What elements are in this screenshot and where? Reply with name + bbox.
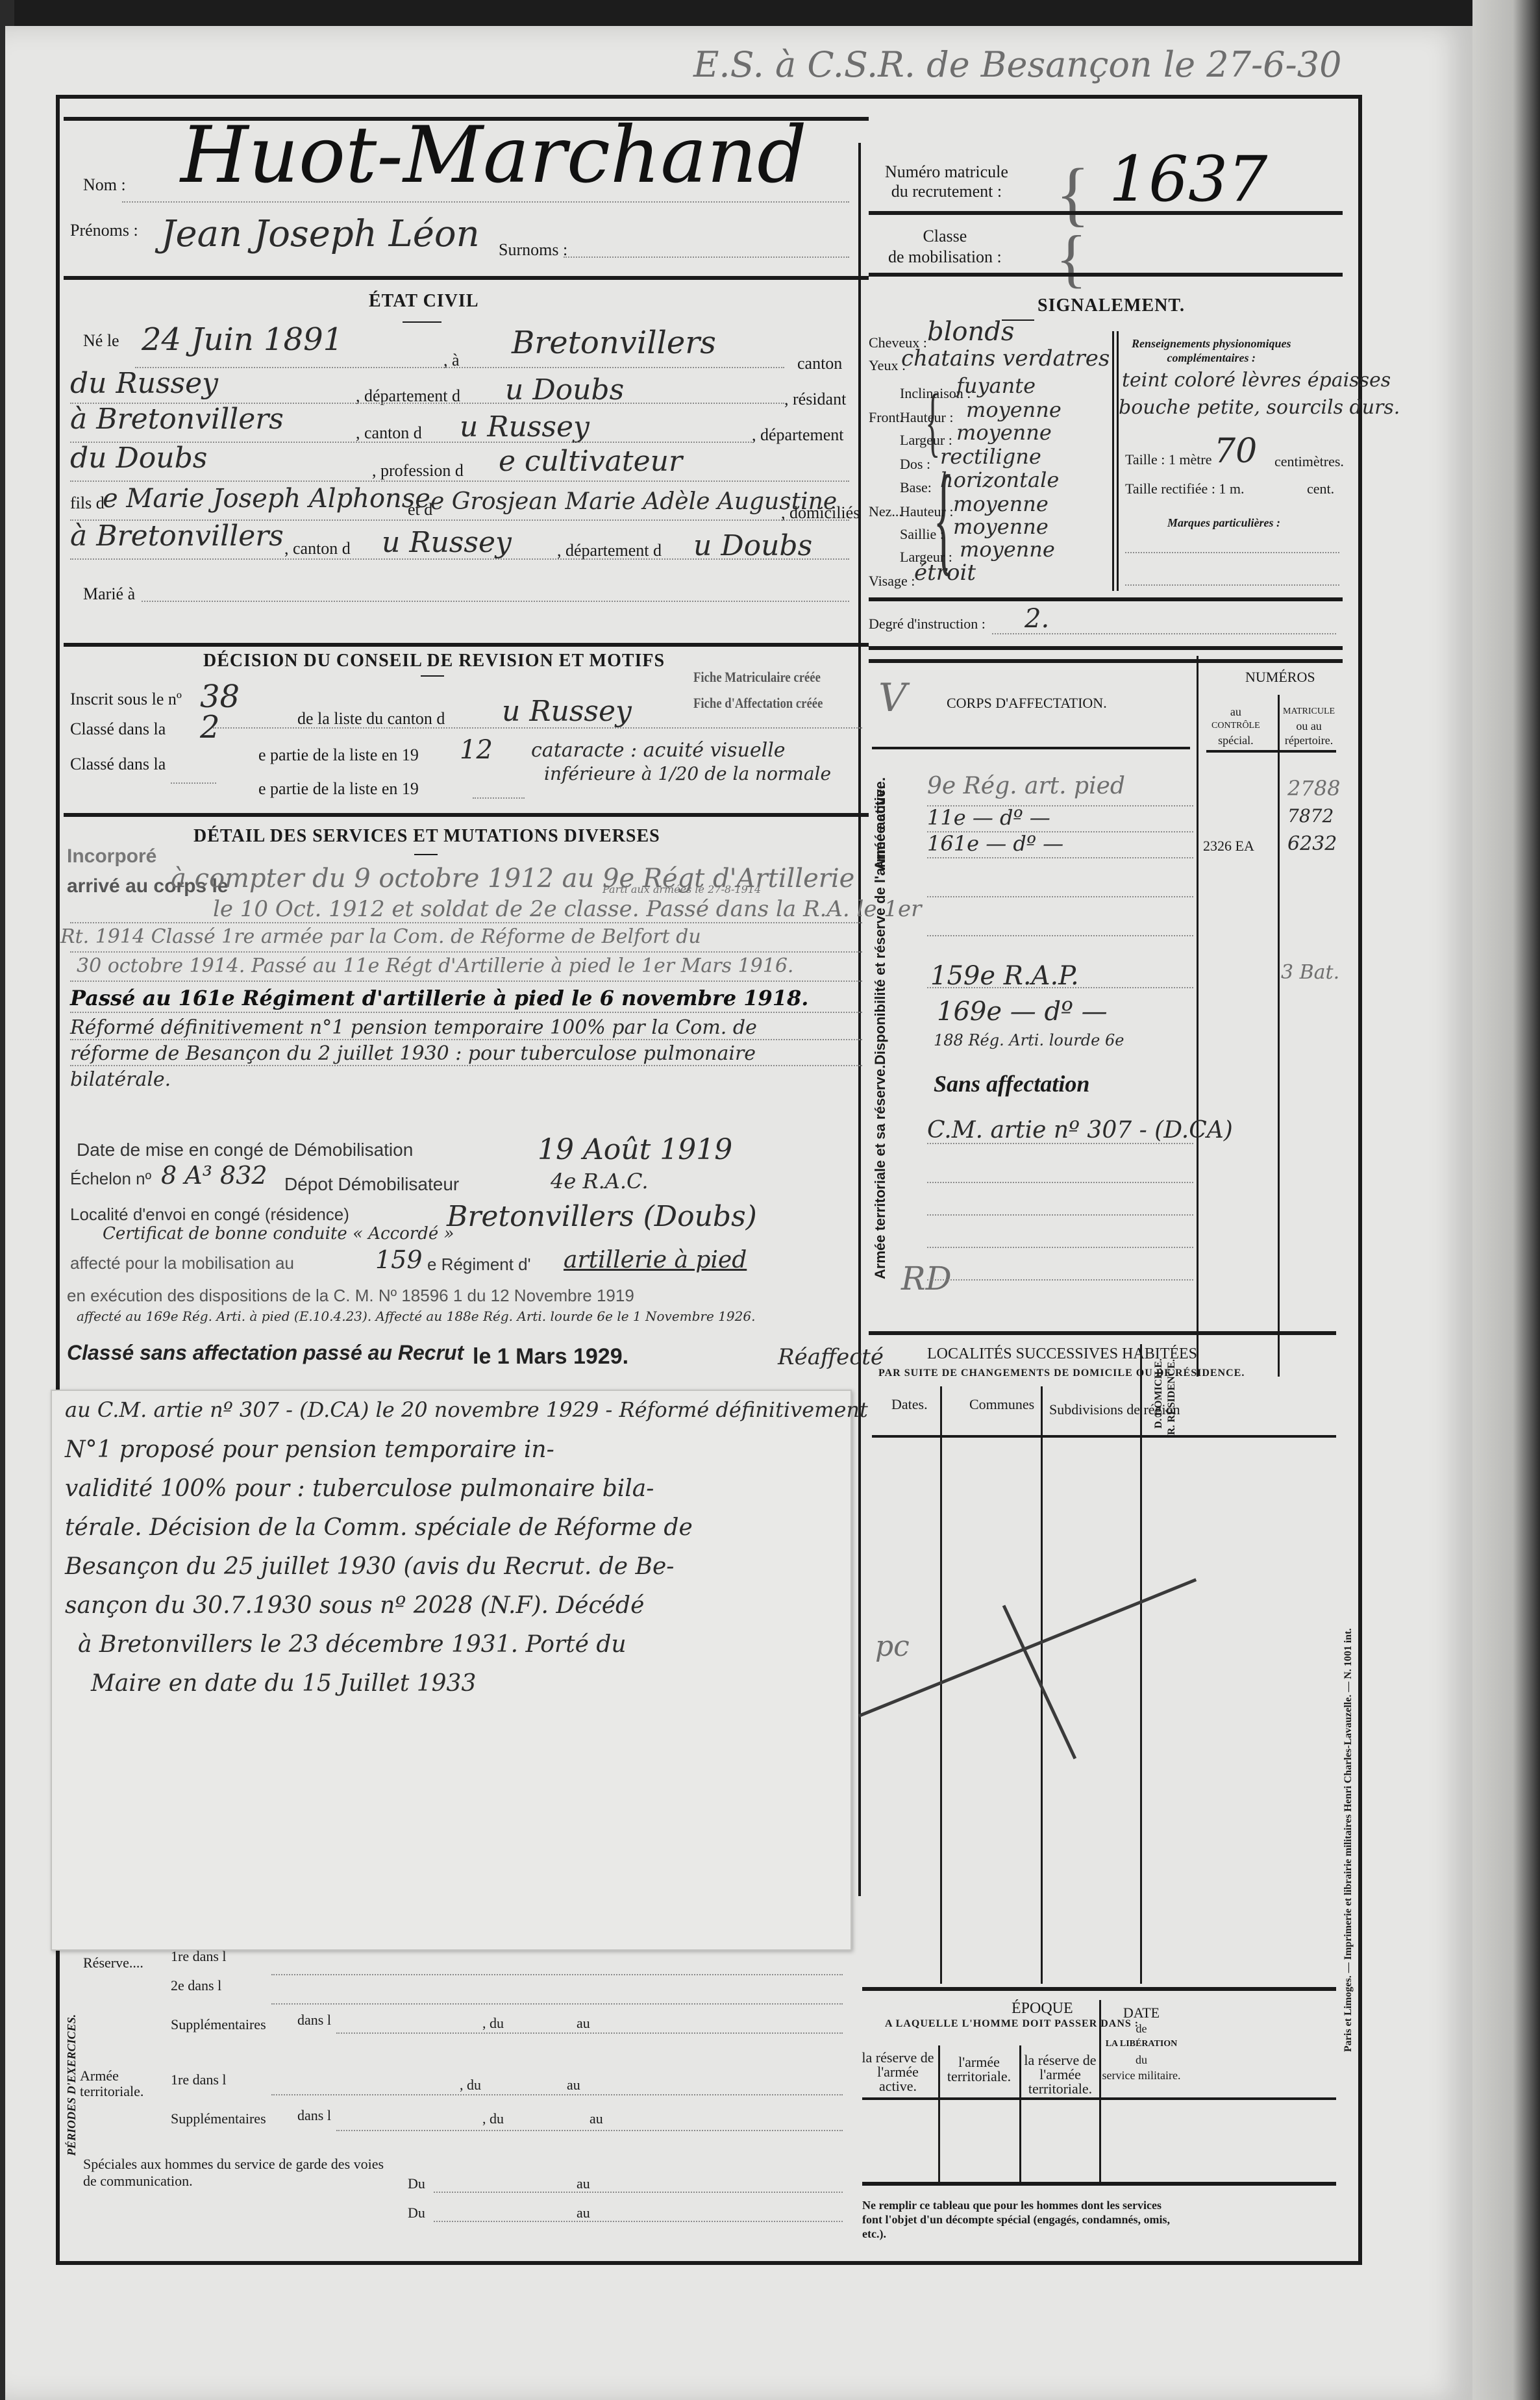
reserve-row-label: 1re dans l [171, 1948, 227, 1965]
classe-sans-affectation-date: le 1 Mars 1929. [473, 1344, 628, 1369]
localite-value: Bretonvillers (Doubs) [447, 1200, 757, 1233]
partie1-label: e partie de la liste en 19 [258, 745, 419, 765]
margin-note: RD [901, 1260, 952, 1297]
matricule-value: 6232 [1287, 832, 1337, 855]
profession-value: e cultivateur [499, 445, 682, 478]
pasted-slip: au C.M. artie nº 307 - (D.CA) le 20 nove… [51, 1390, 852, 1951]
departement3-label: , département d [557, 541, 662, 560]
front-inclinaison-value: fuyante [956, 373, 1036, 398]
title-underline [421, 675, 444, 677]
margin-note: pc [875, 1630, 910, 1663]
front-hauteur-label: Hauteur : [900, 409, 953, 426]
canton-value: du Russey [70, 367, 218, 400]
yeux-label: Yeux : [869, 357, 906, 374]
ne-le-label: Né le [83, 331, 119, 351]
classe2-label: Classé dans la [70, 755, 166, 774]
military-register-page: E.S. à C.S.R. de Besançon le 27-6-30 Nom… [5, 26, 1472, 2400]
dotted-line [434, 2192, 843, 2193]
dotted-line [564, 256, 849, 258]
prenoms-value: Jean Joseph Léon [161, 213, 480, 255]
dotted-line [927, 896, 1193, 897]
dotted-line [70, 1012, 862, 1013]
affecte-value: 159 [375, 1245, 423, 1274]
column-divider [1197, 656, 1198, 1377]
taille-label: Taille : 1 mètre [1125, 451, 1211, 468]
page-edge [1472, 0, 1540, 2400]
reserve-label: Réserve.... [83, 1955, 143, 1971]
slip-line: Maire en date du 15 Juillet 1933 [91, 1670, 476, 1697]
column-divider [858, 143, 861, 1896]
dotted-line [171, 782, 216, 784]
check-mark: V [878, 675, 906, 721]
nom-value: Huot-Marchand [180, 110, 807, 201]
dotted-line [70, 981, 862, 982]
departement2-label: , département [752, 425, 844, 445]
du-label: Du [408, 2205, 425, 2221]
demobilisation-date-value: 19 Août 1919 [538, 1133, 732, 1166]
nez-base-label: Base: [900, 479, 932, 496]
epoque-footnote: Ne remplir ce tableau que pour les homme… [862, 2198, 1174, 2241]
fils-de-label: fils d [70, 494, 105, 513]
dotted-line [70, 1065, 862, 1066]
affecte-note: affecté au 169e Rég. Arti. à pied (E.10.… [77, 1308, 755, 1324]
yeux-value: chatains verdatres [901, 345, 1110, 371]
domicile-value: à Bretonvillers [70, 519, 284, 553]
au-label: au [577, 2205, 590, 2221]
departement-value: u Doubs [505, 373, 624, 406]
classe1-value: 2 [200, 709, 220, 745]
nom-label: Nom : [83, 175, 126, 195]
divider [862, 1987, 1336, 1991]
dotted-line [927, 805, 1193, 806]
territoriale-periode-label: Armée territoriale. [80, 2068, 158, 2099]
divider [872, 747, 1190, 749]
au-label: au [577, 2175, 590, 2192]
degre-instruction-value: 2. [1025, 604, 1049, 634]
supplementaires-label: Supplémentaires [171, 2110, 266, 2127]
nez-hauteur-value: moyenne [953, 492, 1049, 516]
motif-line-2: inférieure à 1/20 de la normale [544, 763, 831, 784]
visage-value: étroit [914, 560, 976, 586]
canton3-label: , canton d [284, 539, 351, 558]
service-line: 30 octobre 1914. Passé au 11e Régt d'Art… [77, 955, 793, 977]
dotted-line [271, 2003, 843, 2005]
certificat-bonne-conduite: Certificat de bonne conduite « Accordé » [103, 1224, 454, 1244]
column-divider [1099, 2000, 1101, 2182]
classe-label-line1: Classe [888, 226, 1002, 247]
service-line: Parti aux armées le 27-8-1914 [602, 883, 761, 895]
slip-line: sançon du 30.7.1930 sous nº 2028 (N.F). … [65, 1592, 644, 1619]
disponibilite-label: Disponibilité et réserve de l'armée acti… [872, 785, 889, 1065]
incorpore-label: Incorporé [67, 845, 156, 868]
slip-line: au C.M. artie nº 307 - (D.CA) le 20 nove… [65, 1397, 868, 1422]
canton2-value: u Russey [460, 410, 590, 444]
domicile-label: D. DOMICILE. [1153, 1358, 1165, 1429]
echelon-value: 8 A³ 832 [161, 1161, 267, 1190]
renseignements-label-line1: Renseignements physionomiques [1132, 336, 1291, 351]
demobilisation-date-label: Date de mise en congé de Démobilisation [77, 1140, 413, 1160]
dotted-line [70, 951, 862, 953]
localites-subtitle: PAR SUITE DE CHANGEMENTS DE DOMICILE OU … [878, 1368, 1245, 1379]
liberation-header: DATE de LA LIBÉRATION du service militai… [1099, 2005, 1184, 2083]
divider [869, 646, 1343, 650]
mere-value: e Grosjean Marie Adèle Augustine [430, 488, 837, 515]
surnoms-label: Surnoms : [499, 240, 567, 260]
motif-line-1: cataracte : acuité visuelle [531, 739, 786, 762]
column-divider [1112, 331, 1114, 591]
du-label: , du [482, 2110, 504, 2127]
canton2-label: , canton d [356, 423, 422, 443]
divider [869, 597, 1343, 601]
column-divider [940, 1386, 942, 1984]
header-line: DATE [1099, 2005, 1184, 2021]
affecte-label: affecté pour la mobilisation au [70, 1253, 294, 1273]
localite-label: Localité d'envoi en congé (résidence) [70, 1205, 349, 1225]
divider [64, 813, 869, 817]
epoque-title: ÉPOQUE [1012, 2000, 1073, 2018]
header-line: ou au [1283, 719, 1335, 733]
communes-header: Communes [969, 1396, 1034, 1413]
residence-label: R. RÉSIDENCE. [1166, 1359, 1178, 1435]
header-line: MATRICULE [1283, 705, 1335, 719]
dates-header: Dates. [891, 1396, 928, 1413]
nez-saillie-label: Saillie : [900, 526, 944, 543]
column-divider [938, 2045, 940, 2182]
dotted-line [927, 1279, 1193, 1281]
controle-value: 2326 EA [1203, 838, 1254, 855]
epoque-col-reserve-territoriale: la réserve de l'armée territoriale. [1021, 2053, 1099, 2096]
classe-label: Classe de mobilisation : [888, 226, 1002, 268]
nez-dos-value: rectiligne [940, 444, 1041, 469]
dotted-line [927, 831, 1193, 832]
nez-label: Nez... [869, 503, 902, 520]
matricule-value: 1637 [1109, 143, 1267, 216]
column-divider [1278, 695, 1280, 1377]
taille-rectifiee-unit: cent. [1307, 481, 1334, 497]
dotted-line [213, 727, 862, 729]
dotted-line [473, 797, 525, 799]
dotted-line [927, 987, 1193, 988]
reserve-row-label: 2e dans l [171, 1977, 221, 1994]
prenoms-label: Prénoms : [70, 221, 138, 240]
territoriale-label: Armée territoriale et sa réserve. [872, 1065, 889, 1279]
supplementaires-label: Supplémentaires [171, 2016, 266, 2033]
header-line: service militaire. [1099, 2068, 1184, 2083]
taille-rectifiee-label: Taille rectifiée : 1 m. [1125, 481, 1245, 497]
dotted-line [122, 201, 849, 203]
front-largeur-value: moyenne [956, 420, 1052, 445]
matricule-label-line2: du recrutement : [885, 182, 1008, 201]
territoriale-row-label: 1re dans l [171, 2071, 227, 2088]
dotted-line [70, 922, 862, 923]
partie2-label: e partie de la liste en 19 [258, 779, 419, 799]
dotted-line [1125, 552, 1339, 553]
matricule-value: 3 Bat. [1281, 961, 1339, 984]
matricule-repertoire-header: MATRICULE ou au répertoire. [1283, 705, 1335, 747]
sans-affectation-label: Sans affectation [934, 1070, 1089, 1097]
lieu-naissance-value: Bretonvillers [512, 325, 716, 361]
execution-label: en exécution des dispositions de la C. M… [67, 1286, 634, 1306]
dotted-line [927, 1247, 1193, 1248]
residant-value: à Bretonvillers [70, 403, 284, 436]
divider [1206, 750, 1336, 753]
nez-base-value: horizontale [940, 468, 1059, 492]
classe-sans-affectation-label: Classé sans affectation passé au Recrut [67, 1341, 464, 1365]
departement3-value: u Doubs [693, 529, 812, 562]
au-label: au [577, 2015, 590, 2032]
divider [869, 211, 1343, 215]
marques-label: Marques particulières : [1167, 516, 1280, 530]
corps-value: 169e — dº — [937, 997, 1108, 1027]
dotted-line [70, 1039, 862, 1040]
conseil-revision-title: DÉCISION DU CONSEIL DE REVISION ET MOTIF… [203, 651, 665, 671]
du-label: , du [482, 2015, 504, 2032]
corps-value: 11e — dº — [927, 805, 1050, 830]
header-line: répertoire. [1283, 733, 1335, 747]
corps-value: 9e Rég. art. pied [927, 773, 1125, 799]
dotted-line [927, 1143, 1193, 1144]
classe1-label: Classé dans la [70, 719, 166, 739]
corps-value: C.M. artie nº 307 - (D.CA) [927, 1117, 1233, 1144]
column-divider [1140, 1344, 1142, 1984]
column-divider [1117, 331, 1119, 591]
renseignements-label-line2: complémentaires : [1132, 351, 1291, 365]
service-line: Rt. 1914 Classé 1re armée par la Com. de… [60, 925, 701, 948]
slip-line: validité 100% pour : tuberculose pulmona… [65, 1475, 654, 1502]
service-line: réforme de Besançon du 2 juillet 1930 : … [70, 1042, 756, 1065]
divider [869, 1331, 1336, 1335]
slip-line: Besançon du 25 juillet 1930 (avis du Rec… [65, 1553, 674, 1580]
services-title: DÉTAIL DES SERVICES ET MUTATIONS DIVERSE… [193, 826, 660, 847]
slip-line: N°1 proposé pour pension temporaire in- [65, 1436, 554, 1463]
divider [872, 1435, 1336, 1438]
dotted-line [927, 857, 1193, 858]
matricule-label-line1: Numéro matricule [885, 162, 1008, 182]
header-line: de [1099, 2021, 1184, 2036]
nez-largeur-value: moyenne [960, 537, 1055, 562]
canton3-value: u Russey [382, 526, 512, 559]
arrive-value: le 10 Oct. 1912 et soldat de 2e classe. … [213, 896, 921, 922]
canton-label: canton [797, 354, 842, 373]
corps-affectation-title: CORPS D'AFFECTATION. [947, 695, 1107, 712]
du-label: Du [408, 2175, 425, 2192]
partie1-year: 12 [460, 735, 493, 765]
dotted-line [135, 367, 784, 368]
numeros-title: NUMÉROS [1245, 669, 1315, 686]
classe-label-line2: de mobilisation : [888, 247, 1002, 268]
title-underline [414, 854, 438, 855]
regiment-value: artillerie à pied [564, 1247, 747, 1273]
departement2-value: du Doubs [70, 442, 207, 475]
marie-label: Marié à [83, 584, 135, 604]
echelon-label: Échelon nº [70, 1169, 151, 1189]
dans-label: dans l [297, 2012, 331, 2029]
title-underline [403, 321, 441, 323]
dotted-line [70, 481, 849, 482]
reaffecte-note: Réaffecté [778, 1344, 884, 1370]
residant-label: , résidant [784, 390, 846, 409]
taille-value: 70 [1214, 432, 1257, 471]
cheveux-value: blonds [927, 317, 1014, 347]
renseignements-label: Renseignements physionomiques complément… [1132, 336, 1291, 365]
liste-canton-value: u Russey [502, 695, 632, 728]
et-de-label: et d [408, 500, 432, 519]
header-line: spécial. [1211, 733, 1260, 747]
dotted-line [271, 1974, 843, 1975]
divider [64, 276, 869, 280]
front-hauteur-value: moyenne [966, 397, 1062, 422]
dotted-line [336, 2130, 843, 2131]
matricule-value: 2788 [1287, 776, 1340, 801]
epoque-col-reserve-active: la réserve de l'armée active. [859, 2051, 937, 2094]
epoque-col-territoriale: l'armée territoriale. [940, 2055, 1018, 2084]
dotted-line [1125, 584, 1339, 586]
profession-label: , profession d [372, 461, 464, 481]
printer-credit: Paris et Limoges. — Imprimerie et librai… [1343, 1629, 1354, 2052]
slip-line: à Bretonvillers le 23 décembre 1931. Por… [78, 1631, 627, 1658]
header-line: au [1211, 705, 1260, 719]
corps-value: 161e — dº — [927, 831, 1063, 856]
divider [869, 273, 1343, 277]
signalement-title: SIGNALEMENT. [1037, 295, 1185, 316]
dotted-line [271, 2094, 843, 2095]
dotted-line [142, 601, 849, 602]
etat-civil-title: ÉTAT CIVIL [369, 291, 479, 312]
visage-label: Visage : [869, 573, 915, 590]
divider [64, 643, 869, 647]
corps-value: 188 Rég. Arti. lourde 6e [934, 1031, 1124, 1049]
taille-unit: centimètres. [1274, 453, 1344, 470]
column-divider [1019, 2045, 1021, 2182]
front-label: Front. [869, 409, 903, 426]
depot-value: 4e R.A.C. [551, 1169, 649, 1194]
dotted-line [992, 633, 1336, 634]
ne-le-value: 24 Juin 1891 [142, 321, 343, 358]
slip-line: térale. Décision de la Comm. spéciale de… [65, 1514, 693, 1541]
matricule-value: 7872 [1287, 805, 1334, 827]
divider [862, 2182, 1336, 2186]
dotted-line [434, 2221, 843, 2222]
header-line: du [1099, 2052, 1184, 2068]
au-label: au [567, 2077, 580, 2094]
pere-value: e Marie Joseph Alphonse [103, 484, 430, 514]
dotted-line [336, 2032, 843, 2034]
inscrit-label: Inscrit sous le nº [70, 690, 182, 709]
dotted-line [927, 935, 1193, 936]
matricule-label: Numéro matricule du recrutement : [885, 162, 1008, 201]
header-line: LA LIBÉRATION [1099, 2036, 1184, 2052]
speciales-label: Spéciales aux hommes du service de garde… [83, 2156, 395, 2190]
dans-label: dans l [297, 2107, 331, 2124]
service-line: Passé au 161e Régiment d'artillerie à pi… [70, 986, 808, 1010]
header-line: CONTRÔLE [1211, 719, 1260, 733]
regiment-label: e Régiment d' [427, 1255, 531, 1275]
dotted-line [927, 1182, 1193, 1183]
du-label: , du [460, 2077, 481, 2094]
divider [862, 2097, 1336, 2100]
nez-hauteur-label: Hauteur : [900, 503, 953, 520]
renseignements-value-1: teint coloré lèvres épaisses [1122, 369, 1391, 392]
degre-instruction-label: Degré d'instruction : [869, 616, 986, 632]
au-label: au [590, 2110, 603, 2127]
depot-label: Dépot Démobilisateur [284, 1174, 459, 1195]
fiche-matriculaire-stamp: Fiche Matriculaire créée [693, 669, 821, 686]
periodes-exercices-title: PÉRIODES D'EXERCICES. [65, 2014, 79, 2156]
renseignements-value-2: bouche petite, sourcils durs. [1119, 396, 1400, 419]
dotted-line [70, 558, 849, 560]
nez-dos-label: Dos : [900, 456, 930, 473]
dotted-line [927, 1214, 1193, 1216]
liste-canton-label: de la liste du canton d [297, 709, 445, 729]
nez-saillie-value: moyenne [953, 514, 1049, 539]
divider [869, 659, 1343, 663]
service-line: Réformé définitivement n°1 pension tempo… [70, 1016, 757, 1039]
top-annotation: E.S. à C.S.R. de Besançon le 27-6-30 [693, 44, 1342, 85]
controle-special-header: au CONTRÔLE spécial. [1211, 705, 1260, 747]
service-line: bilatérale. [70, 1068, 171, 1091]
fiche-affectation-stamp: Fiche d'Affectation créée [693, 695, 823, 712]
brace: { [1056, 221, 1087, 295]
